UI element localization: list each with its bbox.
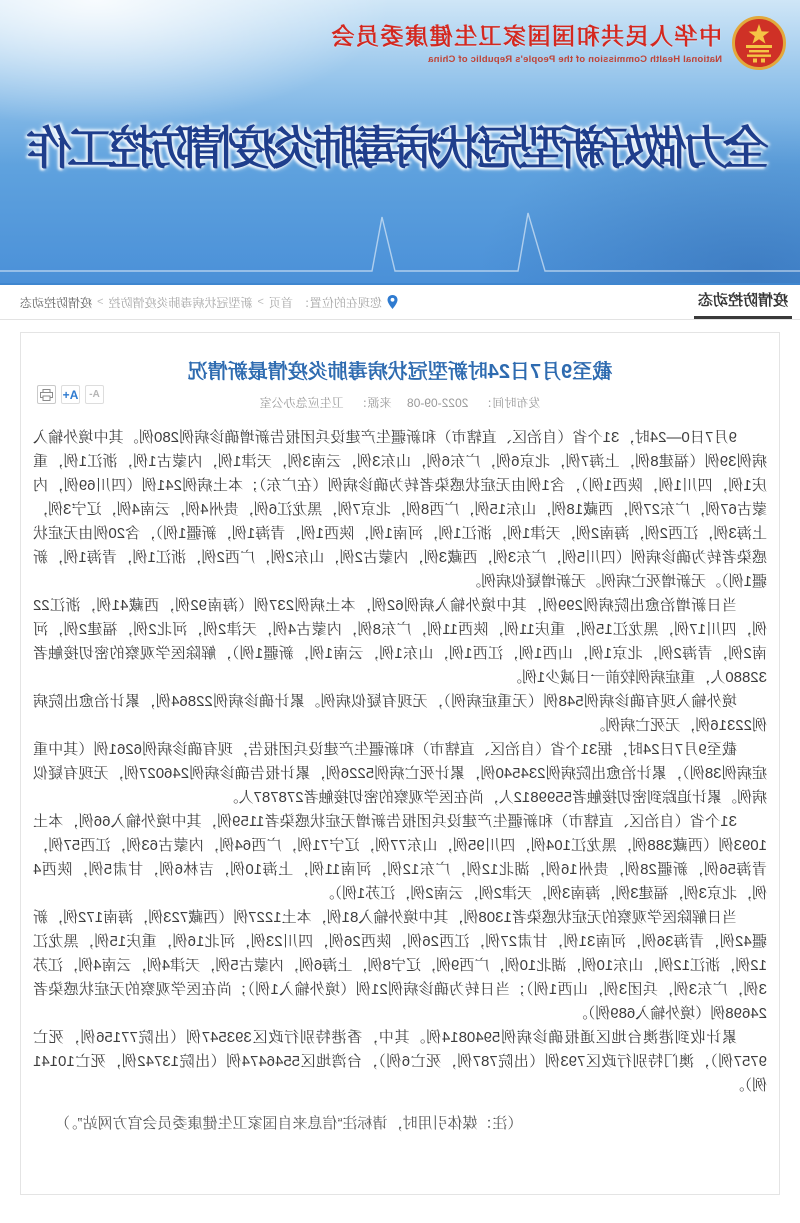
paragraph-imported-totals: 境外输入现有确诊病例548例（无重症病例），无现有疑似病例。累计确诊病例2286… [33,690,767,738]
article-meta: 发布时间：2022-09-08 来源：卫生应急办公室 [31,394,769,412]
site-name-en: National Health Commission of the People… [330,54,722,65]
article-title: 截至9月7日24时新型冠状病毒肺炎疫情最新情况 [31,355,769,384]
national-emblem-icon [732,16,786,70]
breadcrumb-separator: > [97,296,103,308]
breadcrumb-current: 疫情防控动态 [20,294,92,311]
location-pin-icon [387,295,398,309]
heartbeat-line-icon [0,209,800,279]
source-value: 卫生应急办公室 [260,396,344,410]
site-logo: 中华人民共和国国家卫生健康委员会 National Health Commiss… [330,16,786,70]
banner-slogan: 全力做好新型冠状病毒肺炎疫情防控工作 [0,112,800,178]
font-increase-button[interactable]: A+ [61,385,80,404]
publish-date: 2022-09-08 [407,396,468,410]
publish-label: 发布时间： [480,396,540,410]
logo-text: 中华人民共和国国家卫生健康委员会 National Health Commiss… [330,22,722,65]
breadcrumb: 您现在的位置： 首页 > 新型冠状病毒肺炎疫情防控 > 疫情防控动态 [20,285,398,319]
paragraph-asymptomatic-released: 当日解除医学观察的无症状感染者1308例，其中境外输入81例，本土1227例（西… [33,906,767,1026]
article-container: 截至9月7日24时新型冠状病毒肺炎疫情最新情况 发布时间：2022-09-08 … [20,332,780,1195]
article-body: 9月7日0—24时，31个省（自治区、直辖市）和新疆生产建设兵团报告新增确诊病例… [31,426,769,1136]
printer-icon [40,389,53,401]
location-label: 您现在的位置： [298,294,382,311]
breadcrumb-covid-section[interactable]: 新型冠状病毒肺炎疫情防控 [108,294,252,311]
source-label: 来源： [356,396,392,410]
paragraph-new-asymptomatic: 31个省（自治区、直辖市）和新疆生产建设兵团报告新增无症状感染者1159例，其中… [33,810,767,906]
paragraph-cumulative-totals: 截至9月7日24时，据31个省（自治区、直辖市）和新疆生产建设兵团报告，现有确诊… [33,738,767,810]
site-name-cn: 中华人民共和国国家卫生健康委员会 [330,22,722,50]
site-banner: 中华人民共和国国家卫生健康委员会 National Health Commiss… [0,0,800,285]
paragraph-hk-macau-taiwan: 累计收到港澳台地区通报确诊病例5940814例。其中，香港特别行政区393547… [33,1026,767,1098]
section-title: 疫情防控动态 [694,285,792,319]
print-button[interactable] [37,385,56,404]
paragraph-new-recovered: 当日新增治愈出院病例299例，其中境外输入病例62例，本土病例237例（海南92… [33,594,767,690]
breadcrumb-bar: 疫情防控动态 您现在的位置： 首页 > 新型冠状病毒肺炎疫情防控 > 疫情防控动… [0,285,800,320]
mirrored-page: 中华人民共和国国家卫生健康委员会 National Health Commiss… [0,0,800,1223]
article-toolbar: A- A+ [37,385,104,404]
citation-note: （注：媒体引用时，请标注“信息来自国家卫生健康委员会官方网站”。） [33,1112,767,1136]
paragraph-new-confirmed: 9月7日0—24时，31个省（自治区、直辖市）和新疆生产建设兵团报告新增确诊病例… [33,426,767,594]
breadcrumb-home[interactable]: 首页 [269,294,293,311]
breadcrumb-separator: > [257,296,263,308]
font-decrease-button[interactable]: A- [85,385,104,404]
